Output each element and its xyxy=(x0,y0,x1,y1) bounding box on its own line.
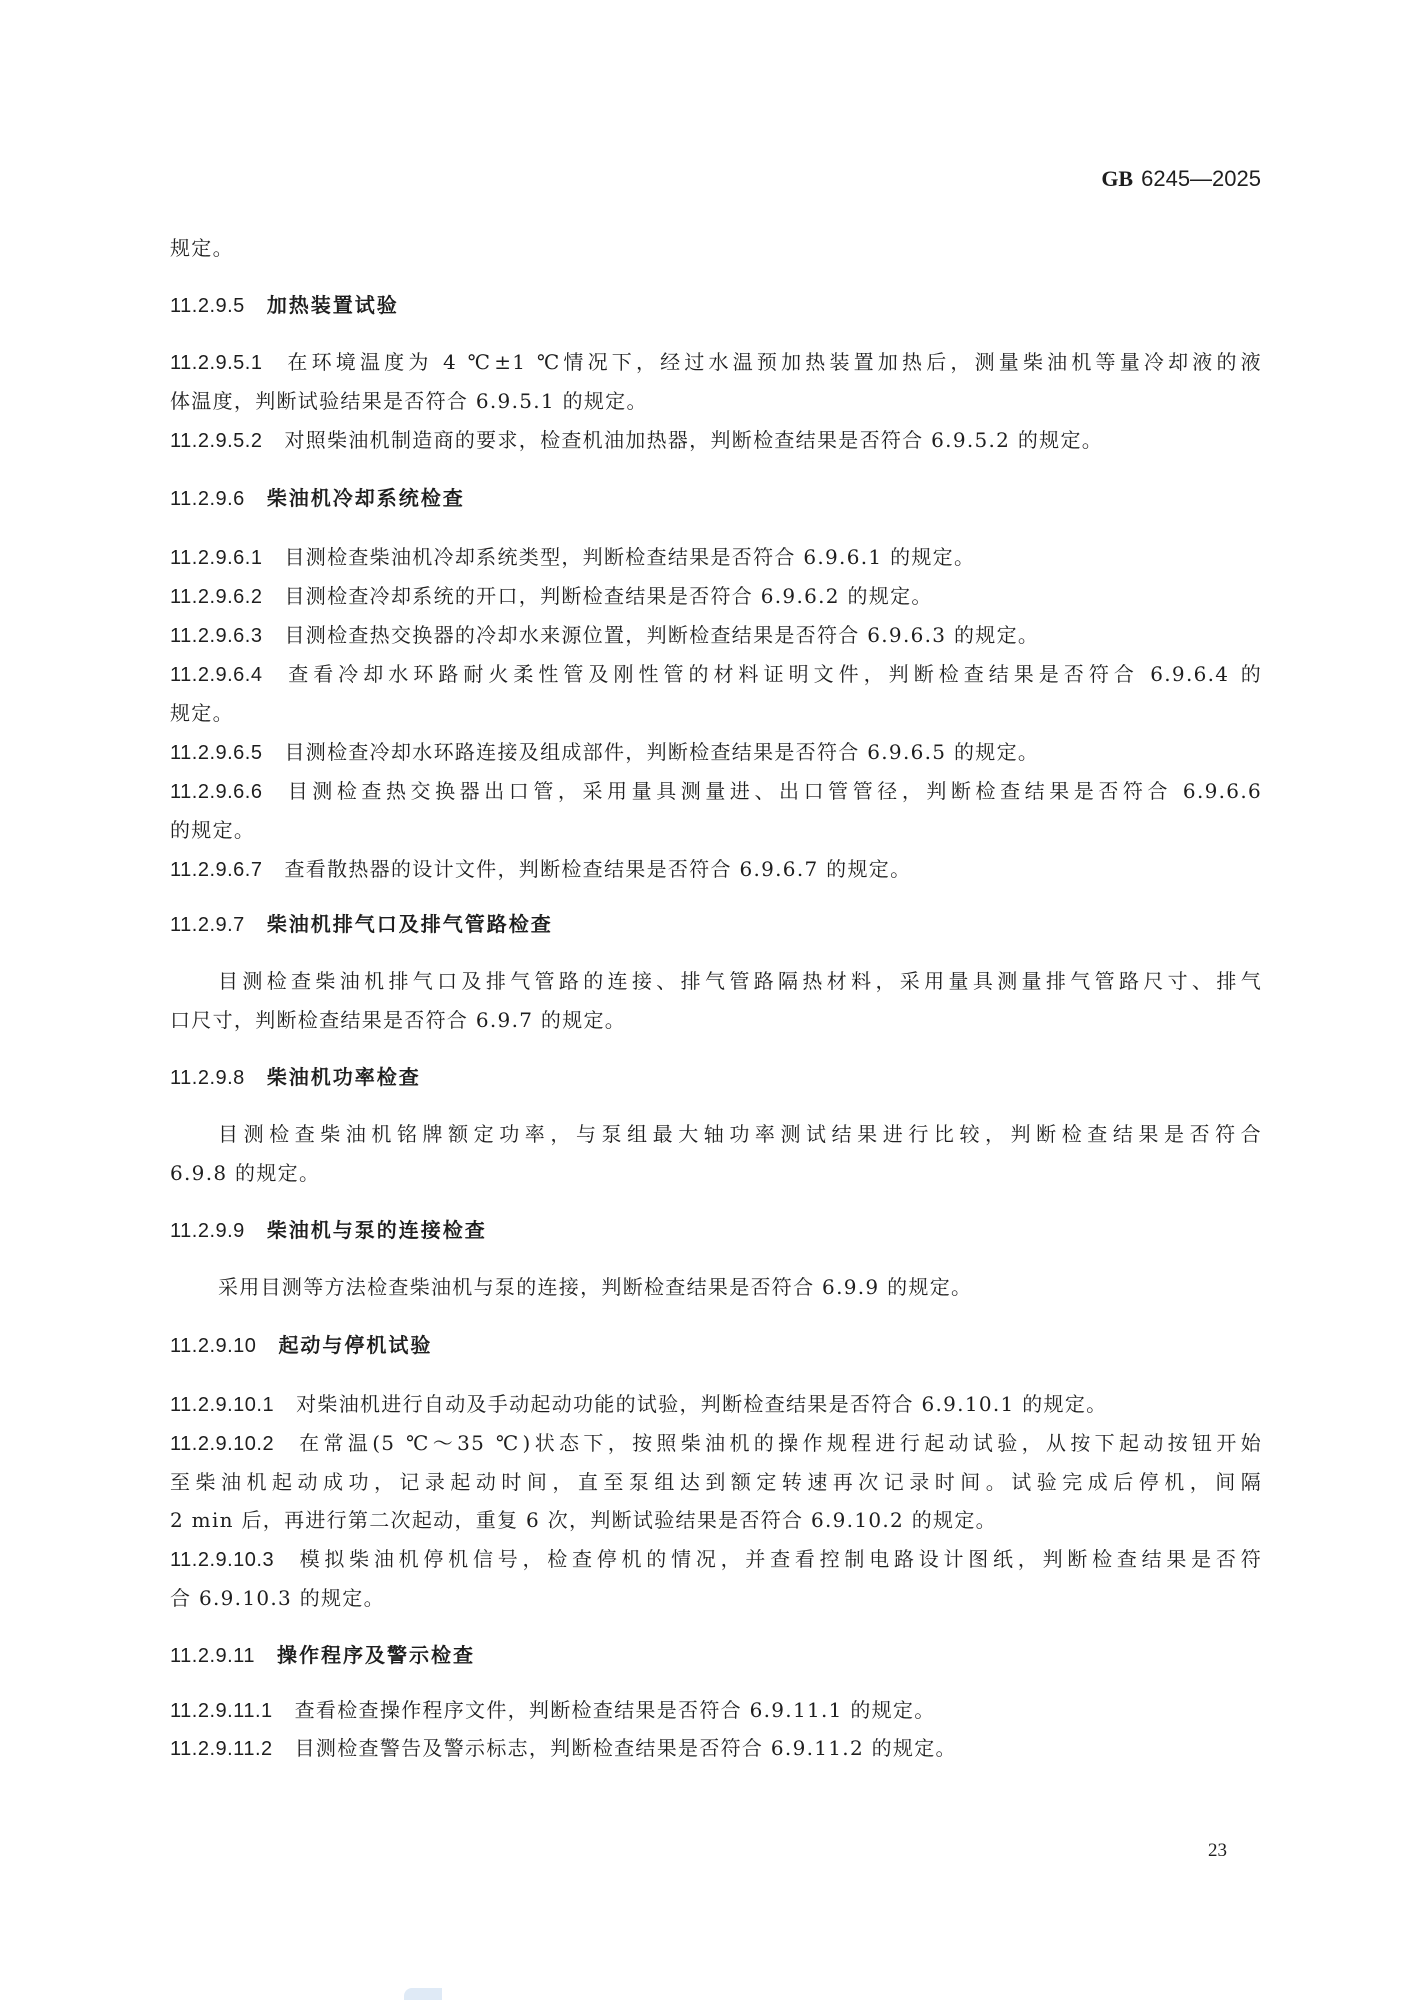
clause-number: 11.2.9.10.2 xyxy=(170,1433,274,1455)
clause-number: 11.2.9.6.7 xyxy=(170,859,262,881)
section-title: 加热装置试验 xyxy=(267,293,399,317)
continuation-line: 2 min 后，再进行第二次起动，重复 6 次，判断试验结果是否符合 6.9.1… xyxy=(170,1507,1262,1533)
clause-item: 11.2.9.6.6目测检查热交换器出口管，采用量具测量进、出口管管径，判断检查… xyxy=(170,778,1262,805)
continuation-line: 6.9.8 的规定。 xyxy=(170,1160,1262,1186)
standard-code-header: GB6245—2025 xyxy=(1101,166,1261,192)
clause-number: 11.2.9.6.3 xyxy=(170,625,262,647)
clause-number: 11.2.9.6.5 xyxy=(170,742,262,764)
standard-prefix: GB xyxy=(1101,166,1133,191)
section-number: 11.2.9.5 xyxy=(170,295,245,317)
clause-number: 11.2.9.11.1 xyxy=(170,1700,273,1722)
clause-text: 目测检查热交换器出口管，采用量具测量进、出口管管径，判断检查结果是否符合 6.9… xyxy=(284,779,1262,803)
clause-text: 目测检查冷却系统的开口，判断检查结果是否符合 6.9.6.2 的规定。 xyxy=(284,584,932,608)
clause-text: 对柴油机进行自动及手动起动功能的试验，判断检查结果是否符合 6.9.10.1 的… xyxy=(296,1392,1107,1416)
clause-number: 11.2.9.10.1 xyxy=(170,1394,274,1416)
continuation-line: 口尺寸，判断检查结果是否符合 6.9.7 的规定。 xyxy=(170,1007,1262,1033)
clause-item: 11.2.9.10.2在常温(5 ℃～35 ℃)状态下，按照柴油机的操作规程进行… xyxy=(170,1430,1262,1457)
clause-text: 对照柴油机制造商的要求，检查机油加热器，判断检查结果是否符合 6.9.5.2 的… xyxy=(284,428,1103,452)
clause-text: 目测检查热交换器的冷却水来源位置，判断检查结果是否符合 6.9.6.3 的规定。 xyxy=(284,623,1039,647)
section-number: 11.2.9.11 xyxy=(170,1645,255,1667)
clause-text: 查看检查操作程序文件，判断检查结果是否符合 6.9.11.1 的规定。 xyxy=(295,1698,936,1722)
section-title: 柴油机冷却系统检查 xyxy=(267,486,465,510)
section-number: 11.2.9.10 xyxy=(170,1335,256,1357)
clause-item: 11.2.9.6.7查看散热器的设计文件，判断检查结果是否符合 6.9.6.7 … xyxy=(170,856,1262,883)
continuation-line: 合 6.9.10.3 的规定。 xyxy=(170,1585,1262,1611)
continuation-line: 的规定。 xyxy=(170,817,1262,843)
clause-item: 11.2.9.6.5目测检查冷却水环路连接及组成部件，判断检查结果是否符合 6.… xyxy=(170,739,1262,766)
clause-number: 11.2.9.6.1 xyxy=(170,547,262,569)
clause-text: 模拟柴油机停机信号，检查停机的情况，并查看控制电路设计图纸，判断检查结果是否符 xyxy=(296,1547,1262,1571)
section-heading: 11.2.9.9柴油机与泵的连接检查 xyxy=(170,1217,1262,1244)
section-title: 起动与停机试验 xyxy=(278,1333,432,1357)
clause-text: 在环境温度为 4 ℃±1 ℃情况下，经过水温预加热装置加热后，测量柴油机等量冷却… xyxy=(284,350,1262,374)
clause-number: 11.2.9.5.2 xyxy=(170,430,262,452)
continuation-line: 至柴油机起动成功，记录起动时间，直至泵组达到额定转速再次记录时间。试验完成后停机… xyxy=(170,1469,1262,1495)
continuation-line: 规定。 xyxy=(170,235,1262,261)
section-number: 11.2.9.8 xyxy=(170,1067,245,1089)
paragraph-line: 目测检查柴油机铭牌额定功率，与泵组最大轴功率测试结果进行比较，判断检查结果是否符… xyxy=(218,1121,1262,1147)
clause-item: 11.2.9.11.2目测检查警告及警示标志，判断检查结果是否符合 6.9.11… xyxy=(170,1735,1262,1762)
clause-number: 11.2.9.6.4 xyxy=(170,664,262,686)
clause-number: 11.2.9.5.1 xyxy=(170,352,262,374)
section-heading: 11.2.9.10起动与停机试验 xyxy=(170,1332,1262,1359)
section-title: 柴油机排气口及排气管路检查 xyxy=(267,912,553,936)
scan-artifact-mark xyxy=(404,1988,442,2000)
section-number: 11.2.9.9 xyxy=(170,1220,245,1242)
clause-text: 查看冷却水环路耐火柔性管及刚性管的材料证明文件，判断检查结果是否符合 6.9.6… xyxy=(284,662,1262,686)
clause-text: 目测检查警告及警示标志，判断检查结果是否符合 6.9.11.2 的规定。 xyxy=(295,1736,957,1760)
section-title: 操作程序及警示检查 xyxy=(277,1643,475,1667)
clause-text: 目测检查冷却水环路连接及组成部件，判断检查结果是否符合 6.9.6.5 的规定。 xyxy=(284,740,1039,764)
clause-number: 11.2.9.11.2 xyxy=(170,1738,273,1760)
section-title: 柴油机功率检查 xyxy=(267,1065,421,1089)
clause-item: 11.2.9.5.2对照柴油机制造商的要求，检查机油加热器，判断检查结果是否符合… xyxy=(170,427,1262,454)
section-heading: 11.2.9.11操作程序及警示检查 xyxy=(170,1642,1262,1669)
clause-item: 11.2.9.5.1在环境温度为 4 ℃±1 ℃情况下，经过水温预加热装置加热后… xyxy=(170,349,1262,376)
section-heading: 11.2.9.6柴油机冷却系统检查 xyxy=(170,485,1262,512)
section-number: 11.2.9.6 xyxy=(170,488,245,510)
section-title: 柴油机与泵的连接检查 xyxy=(267,1218,487,1242)
clause-item: 11.2.9.6.1目测检查柴油机冷却系统类型，判断检查结果是否符合 6.9.6… xyxy=(170,544,1262,571)
clause-item: 11.2.9.10.1对柴油机进行自动及手动起动功能的试验，判断检查结果是否符合… xyxy=(170,1391,1262,1418)
clause-number: 11.2.9.6.2 xyxy=(170,586,262,608)
clause-text: 目测检查柴油机冷却系统类型，判断检查结果是否符合 6.9.6.1 的规定。 xyxy=(284,545,975,569)
continuation-line: 体温度，判断试验结果是否符合 6.9.5.1 的规定。 xyxy=(170,388,1262,414)
clause-item: 11.2.9.6.4查看冷却水环路耐火柔性管及刚性管的材料证明文件，判断检查结果… xyxy=(170,661,1262,688)
clause-number: 11.2.9.10.3 xyxy=(170,1549,274,1571)
clause-item: 11.2.9.10.3模拟柴油机停机信号，检查停机的情况，并查看控制电路设计图纸… xyxy=(170,1546,1262,1573)
section-number: 11.2.9.7 xyxy=(170,914,245,936)
section-heading: 11.2.9.7柴油机排气口及排气管路检查 xyxy=(170,911,1262,938)
continuation-line: 规定。 xyxy=(170,700,1262,726)
clause-item: 11.2.9.6.3目测检查热交换器的冷却水来源位置，判断检查结果是否符合 6.… xyxy=(170,622,1262,649)
paragraph-line: 目测检查柴油机排气口及排气管路的连接、排气管路隔热材料，采用量具测量排气管路尺寸… xyxy=(218,968,1262,994)
clause-text: 查看散热器的设计文件，判断检查结果是否符合 6.9.6.7 的规定。 xyxy=(284,857,911,881)
clause-text: 在常温(5 ℃～35 ℃)状态下，按照柴油机的操作规程进行起动试验，从按下起动按… xyxy=(296,1431,1262,1455)
clause-number: 11.2.9.6.6 xyxy=(170,781,262,803)
page-number: 23 xyxy=(1208,1840,1227,1862)
standard-number: 6245—2025 xyxy=(1141,166,1261,191)
clause-item: 11.2.9.6.2目测检查冷却系统的开口，判断检查结果是否符合 6.9.6.2… xyxy=(170,583,1262,610)
paragraph-line: 采用目测等方法检查柴油机与泵的连接，判断检查结果是否符合 6.9.9 的规定。 xyxy=(218,1274,1262,1300)
section-heading: 11.2.9.5加热装置试验 xyxy=(170,292,1262,319)
section-heading: 11.2.9.8柴油机功率检查 xyxy=(170,1064,1262,1091)
clause-item: 11.2.9.11.1查看检查操作程序文件，判断检查结果是否符合 6.9.11.… xyxy=(170,1697,1262,1724)
